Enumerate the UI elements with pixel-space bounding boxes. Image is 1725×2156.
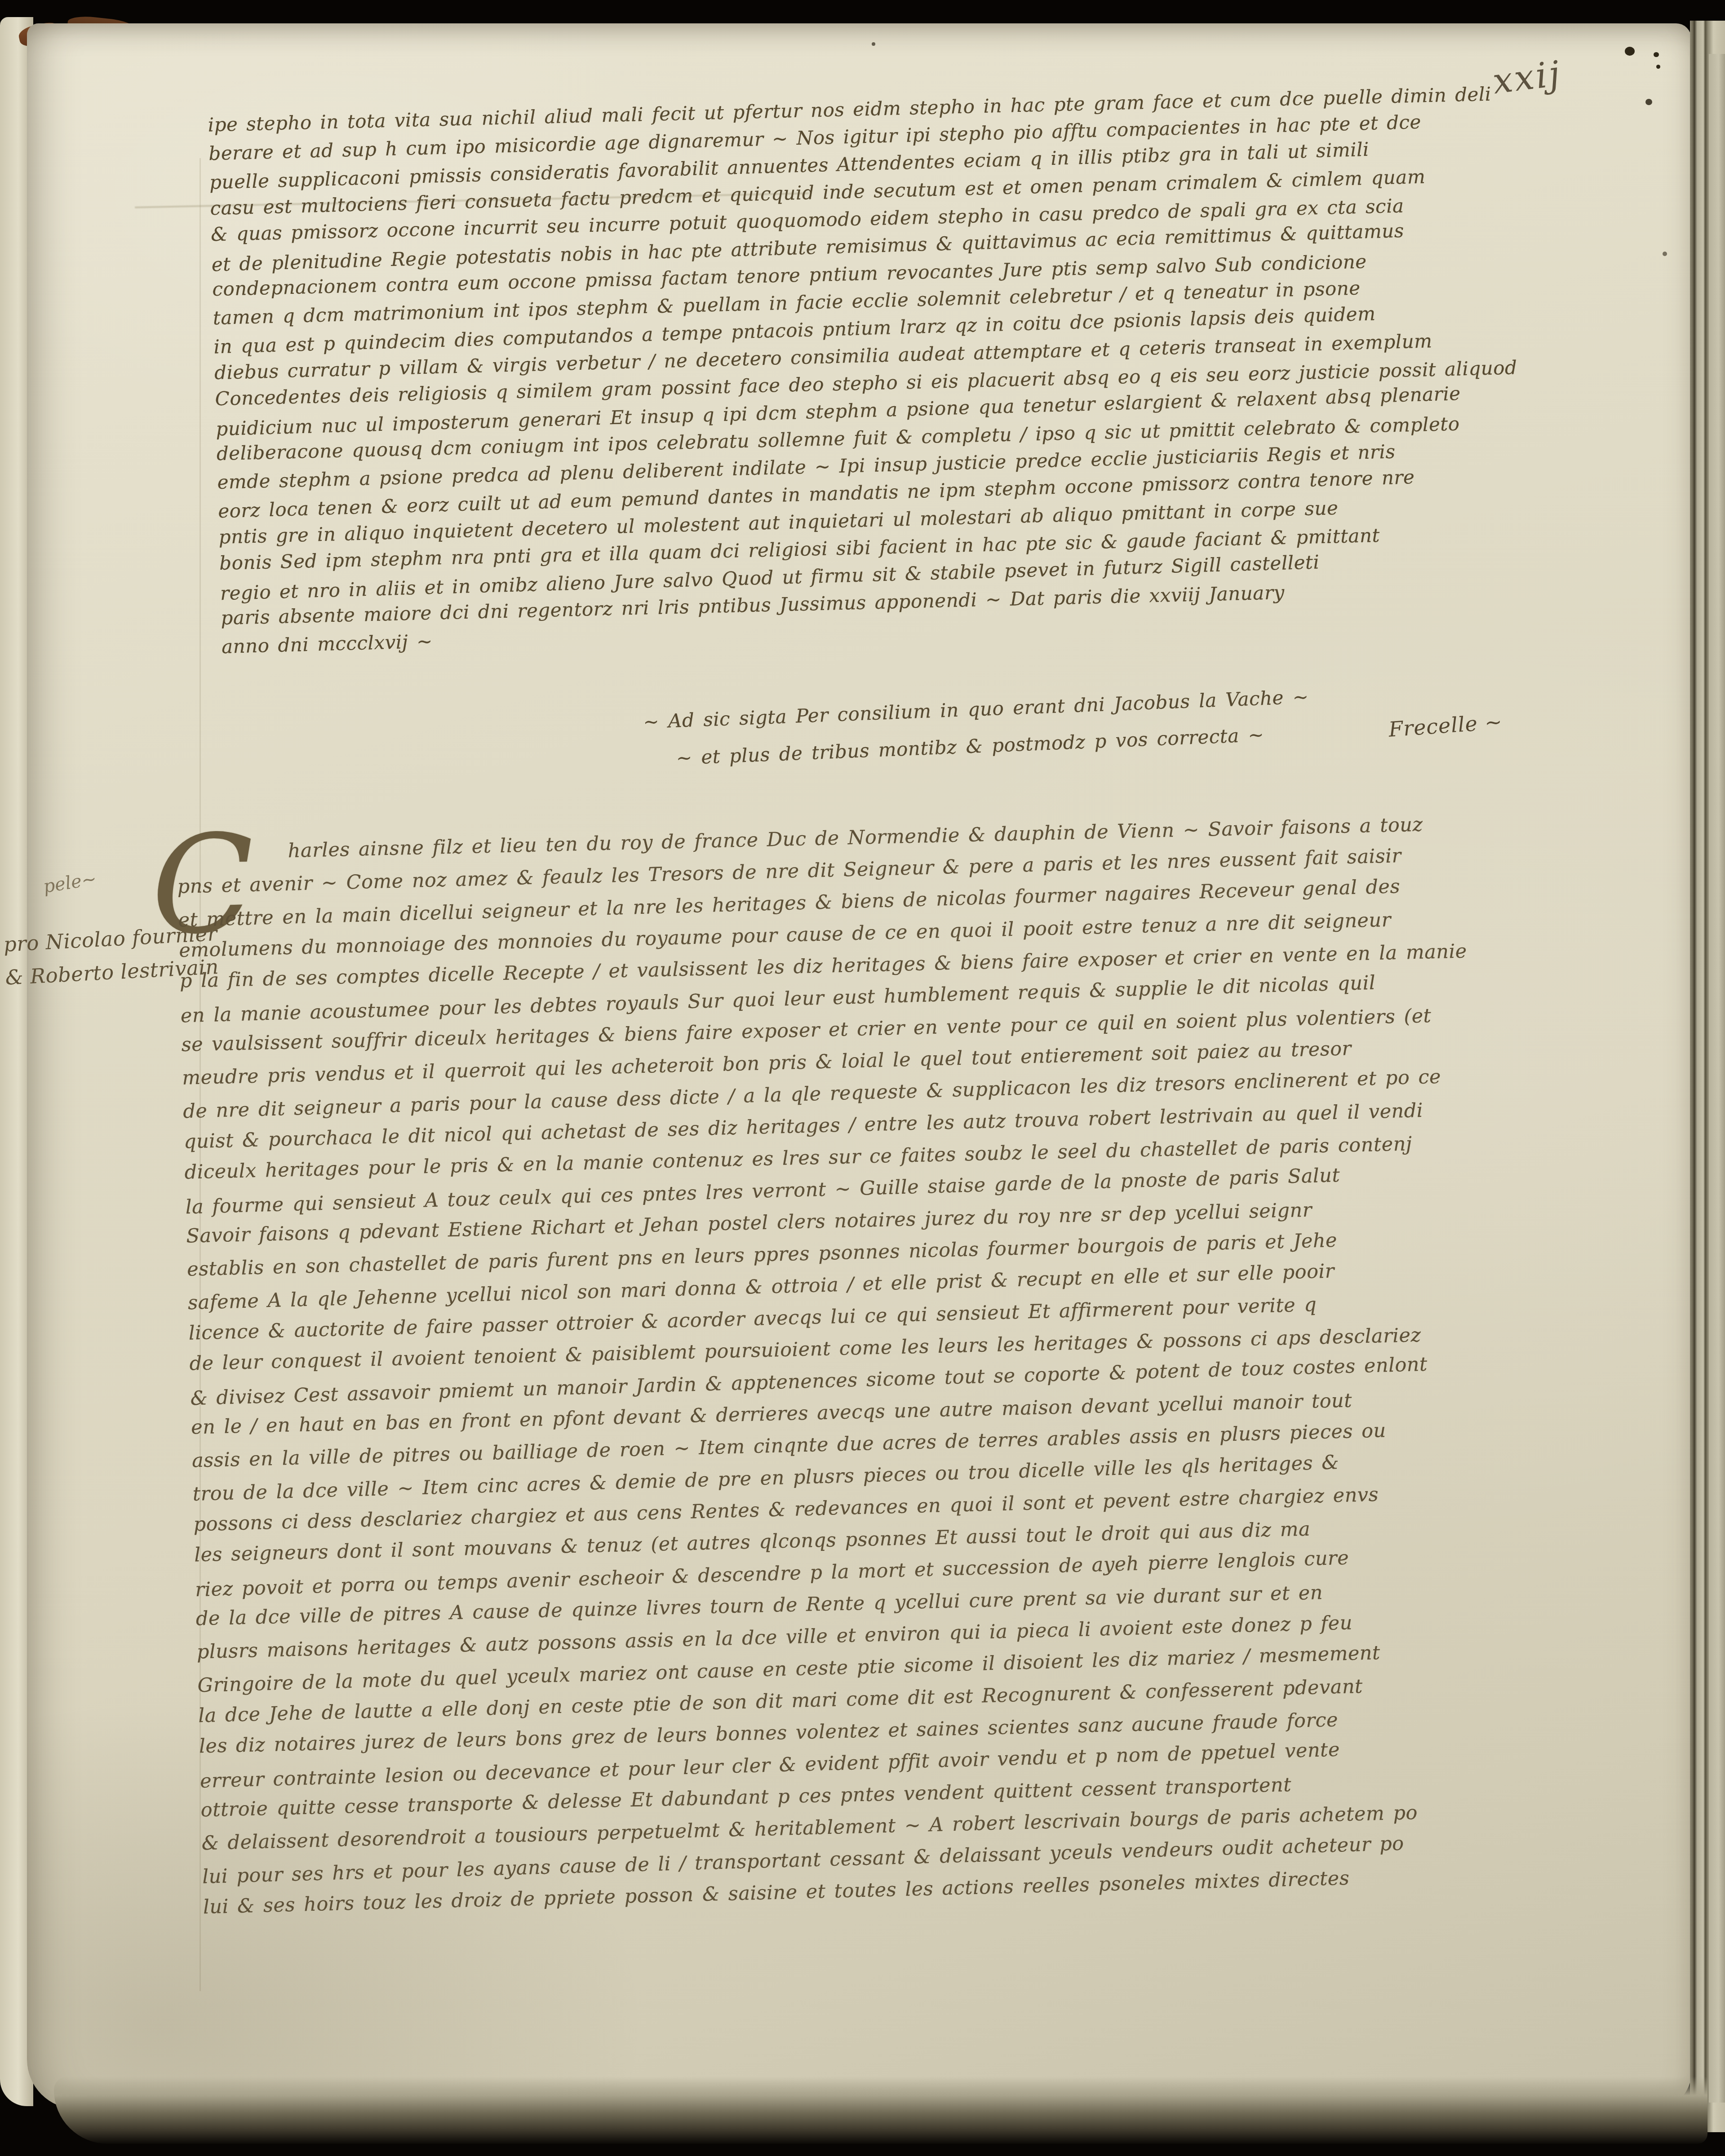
manuscript-scan: xxij ipe stepho in tota vita sua nichil … <box>0 0 1725 2156</box>
french-act-lines: harles ainsne filz et lieu ten du roy de… <box>176 806 1515 1923</box>
ink-dot <box>1656 65 1660 69</box>
next-page-edge <box>1709 54 1725 2103</box>
latin-act-text-block: ipe stepho in tota vita sua nichil aliud… <box>179 80 1482 661</box>
ink-dot <box>1654 52 1659 57</box>
ink-dot <box>1663 252 1667 256</box>
ink-dot <box>1645 99 1652 105</box>
ink-dot <box>872 42 875 46</box>
folio-number: xxij <box>1490 53 1564 102</box>
bottom-page-stack-edge <box>54 2076 1707 2144</box>
french-act-text-block: C harles ainsne filz et lieu ten du roy … <box>176 806 1515 1923</box>
ink-dot <box>1625 47 1635 56</box>
